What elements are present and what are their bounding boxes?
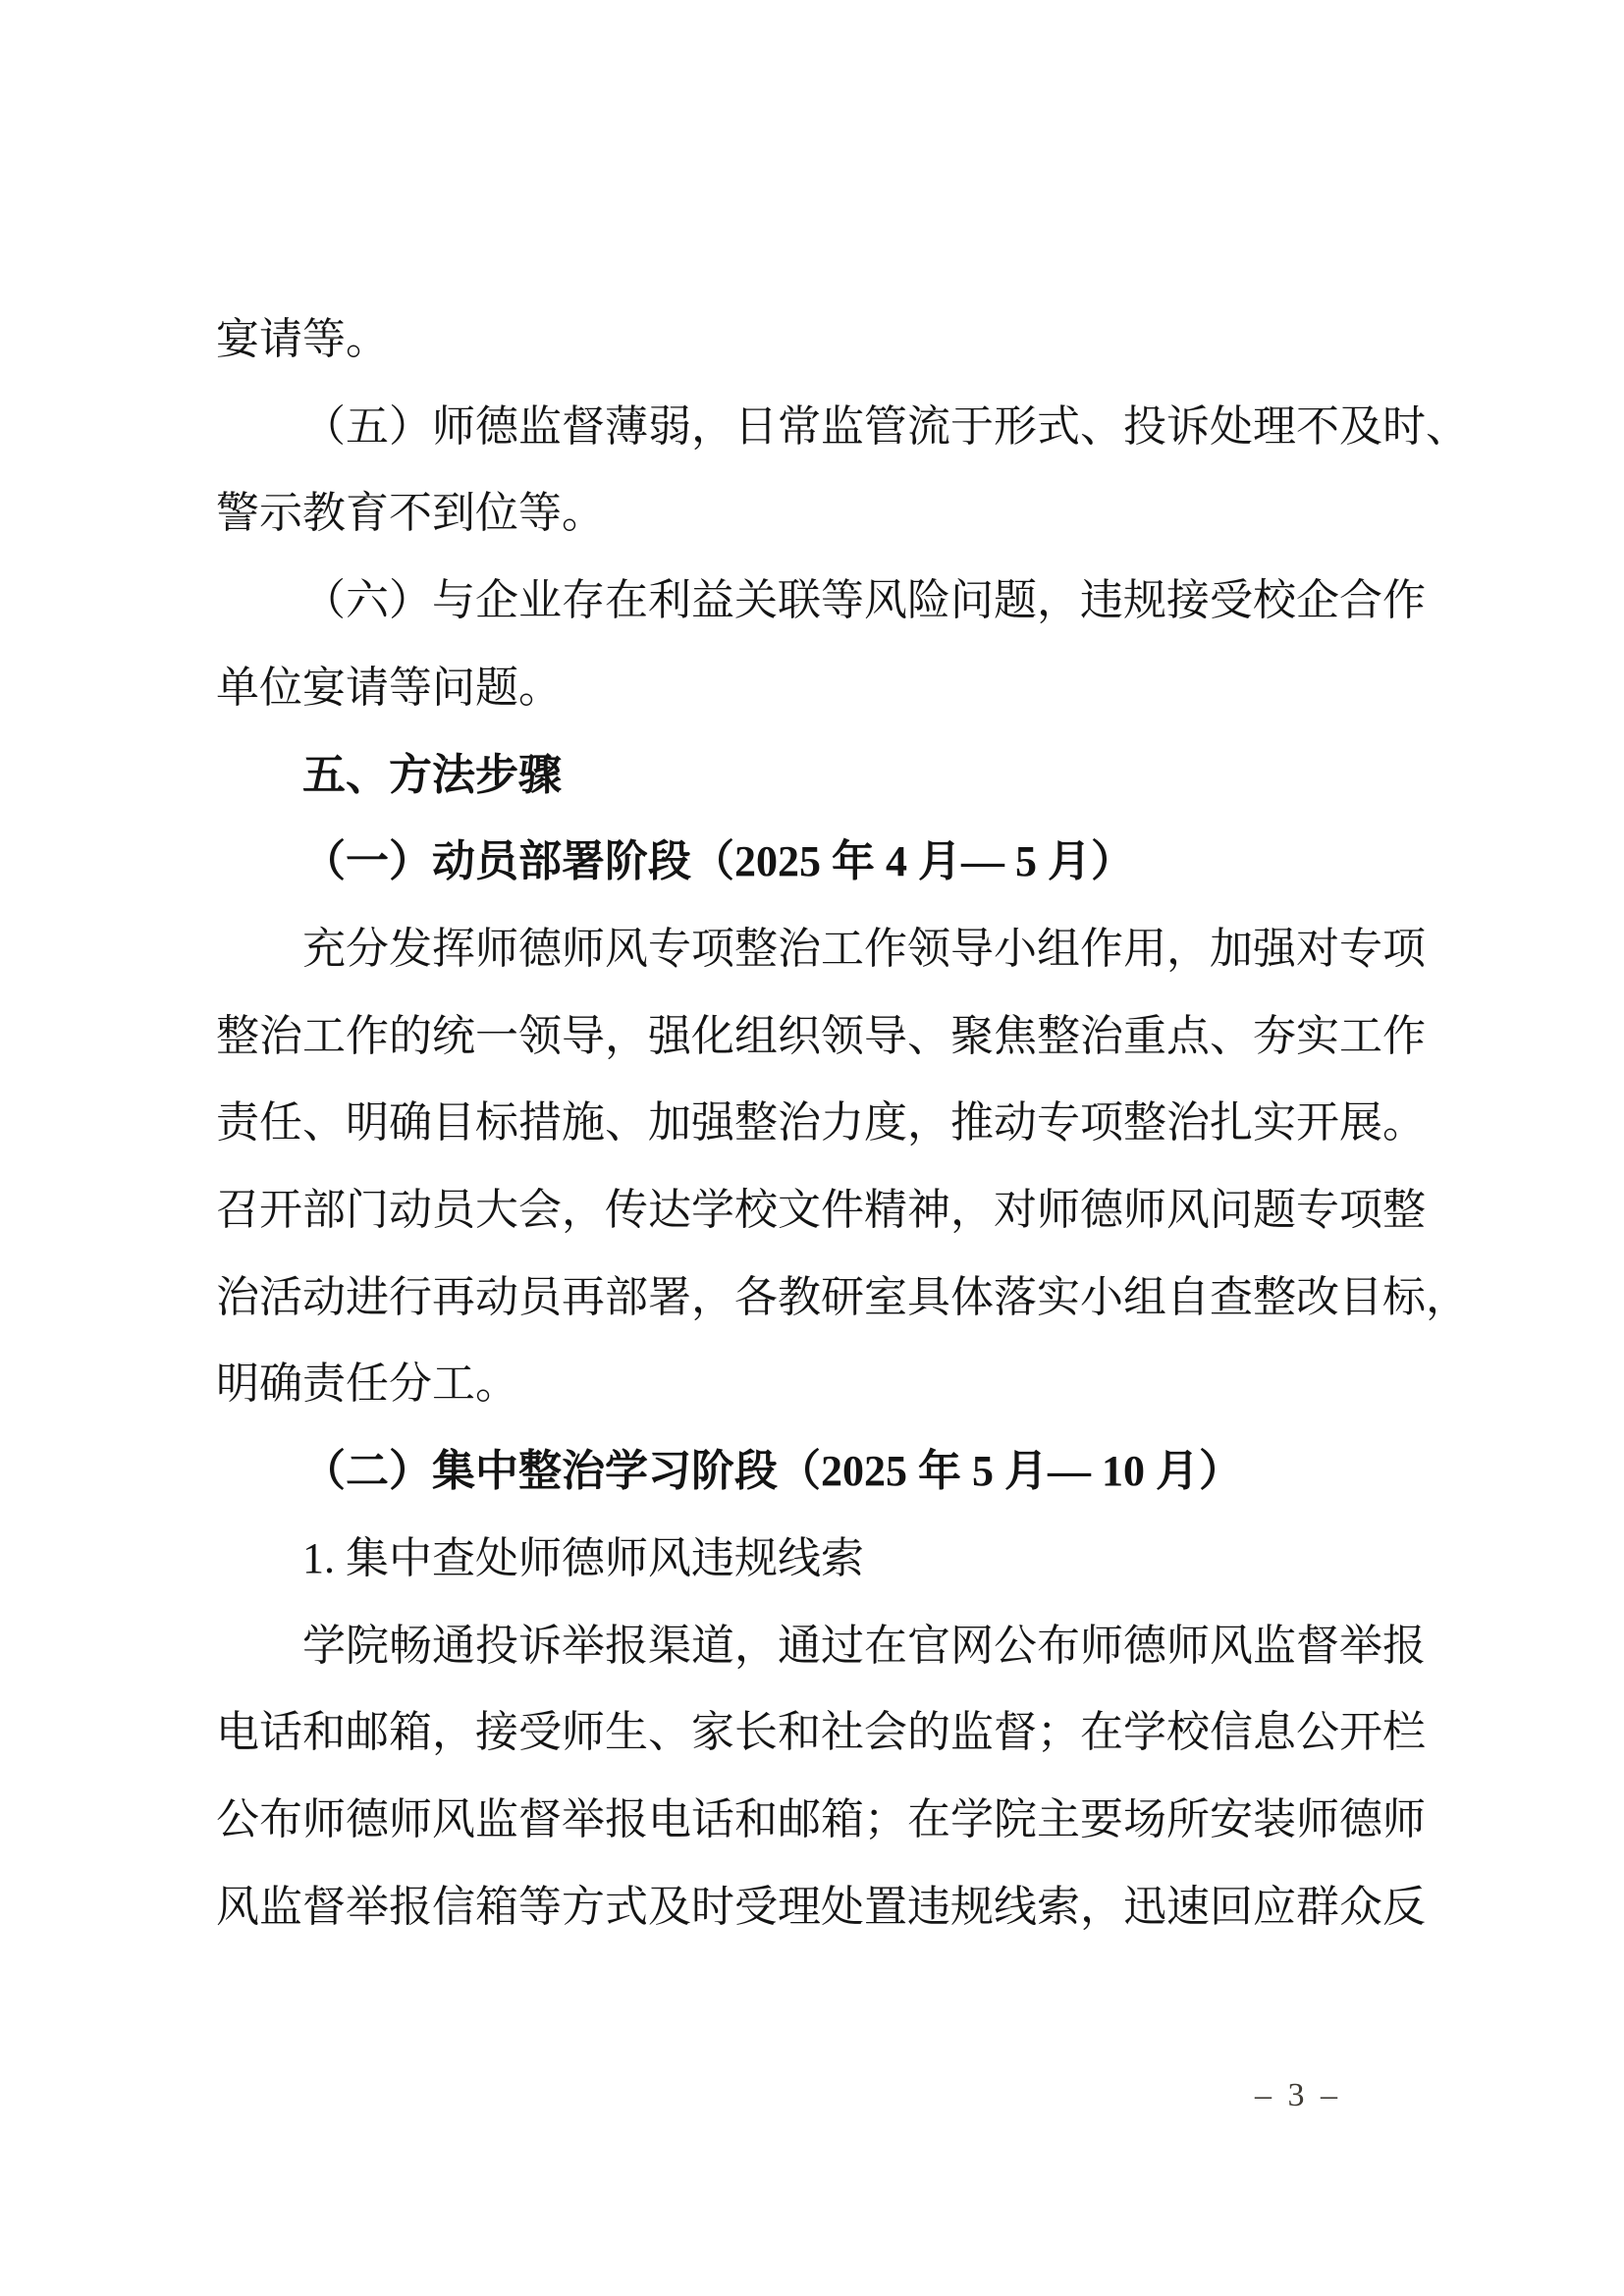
section-heading-methods: 五、方法步骤 (216, 732, 1512, 820)
paragraph-item-5: （五）师德监督薄弱，日常监管流于形式、投诉处理不及时、 警示教育不到位等。 (216, 384, 1512, 558)
subsection-heading-stage-1: （一）动员部署阶段（2025 年 4 月— 5 月） (216, 819, 1512, 906)
paragraph-mobilization: 充分发挥师德师风专项整治工作领导小组作用，加强对专项 整治工作的统一领导，强化组… (216, 906, 1512, 1428)
paragraph-item-6: （六）与企业存在利益关联等风险问题，违规接受校企合作 单位宴请等问题。 (216, 558, 1512, 731)
paragraph-point-1: 1. 集中查处师德师风违规线索 (216, 1516, 1512, 1603)
document-body: 宴请等。 （五）师德监督薄弱，日常监管流于形式、投诉处理不及时、 警示教育不到位… (216, 296, 1512, 1950)
page-number: – 3 – (1255, 2077, 1341, 2114)
paragraph-reporting-channels: 学院畅通投诉举报渠道，通过在官网公布师德师风监督举报 电话和邮箱，接受师生、家长… (216, 1603, 1512, 1951)
subsection-heading-stage-2: （二）集中整治学习阶段（2025 年 5 月— 10 月） (216, 1428, 1512, 1516)
document-page: 宴请等。 （五）师德监督薄弱，日常监管流于形式、投诉处理不及时、 警示教育不到位… (0, 0, 1624, 2296)
paragraph-continuation: 宴请等。 (216, 296, 1512, 384)
